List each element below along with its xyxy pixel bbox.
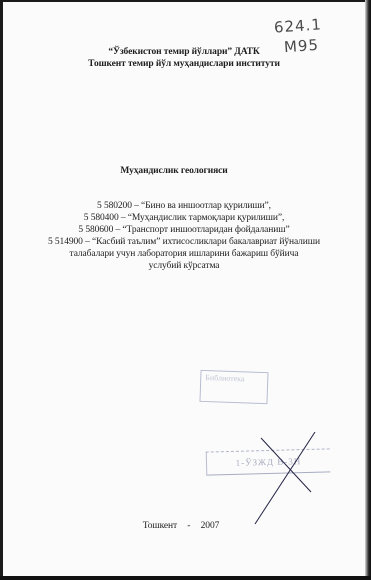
specialty-line-3: 5 580600 – “Транспорт иншоотларидан фойд… bbox=[3, 225, 365, 236]
cross-out-mark-icon bbox=[253, 432, 333, 527]
scan-right-edge bbox=[365, 0, 371, 580]
document-title: Муҳандислик геологияси bbox=[3, 166, 355, 177]
footer-year: 2007 bbox=[201, 521, 220, 531]
scan-bottom-edge bbox=[0, 576, 371, 580]
organization-name: “Ўзбекистон темир йўллари” ДАТК bbox=[3, 47, 365, 58]
library-stamp: Библиотека bbox=[199, 370, 268, 404]
footer-city: Тошкент bbox=[143, 521, 177, 531]
specialty-line-1: 5 580200 – “Бино ва иншоотлар қурилиши”, bbox=[3, 201, 365, 212]
purpose-line-1: талабалари учун лаборатория ишларини баж… bbox=[3, 249, 365, 260]
purpose-line-2: услубий кўрсатма bbox=[3, 261, 365, 272]
footer-city-year: Тошкент - 2007 bbox=[3, 521, 362, 532]
footer-dash: - bbox=[187, 521, 190, 531]
specialty-line-4: 5 514900 – “Касбий таълим” ихтисосликлар… bbox=[3, 237, 365, 248]
specialty-line-2: 5 580400 – “Муҳандислик тармоқлари қурил… bbox=[3, 213, 365, 224]
institute-name: Тошкент темир йўл муҳандислари институти bbox=[3, 59, 365, 70]
catalog-mark-line1: 624.1 bbox=[273, 16, 322, 36]
document-page: 624.1 M95 “Ўзбекистон темир йўллари” ДАТ… bbox=[3, 2, 365, 577]
